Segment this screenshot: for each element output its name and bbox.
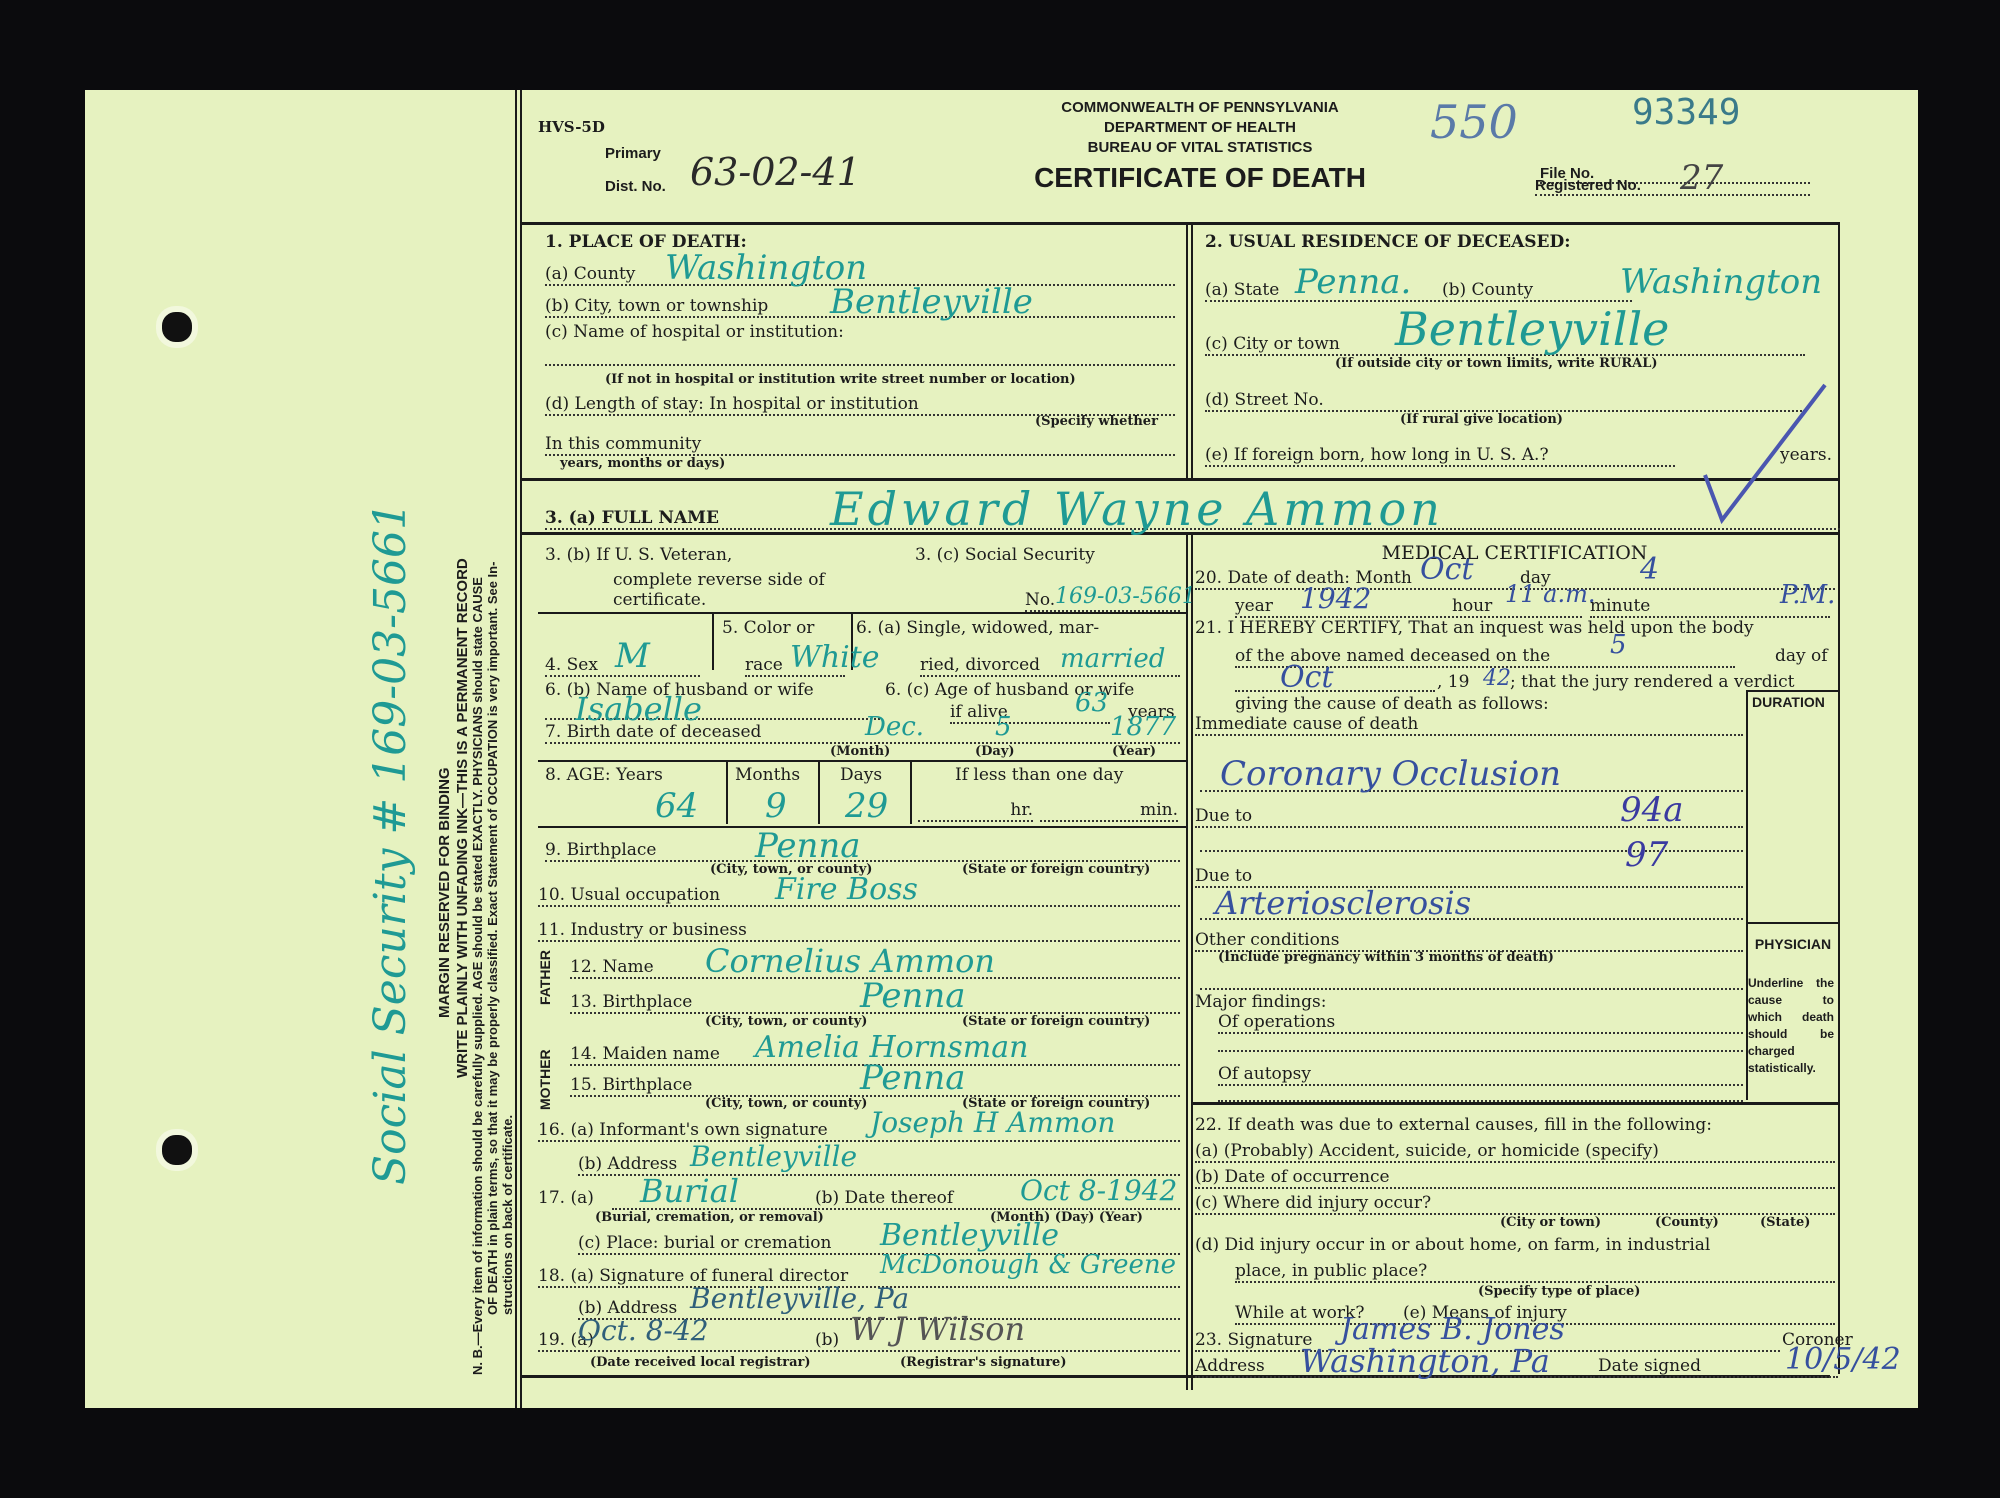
stay-label: (d) Length of stay: In hospital or insti…	[545, 394, 1175, 416]
color-label: 5. Color or	[722, 618, 814, 638]
birth-year-value: 1877	[1110, 712, 1176, 742]
due-to-2-value: Arteriosclerosis	[1215, 884, 1471, 922]
coroner-address-value: Washington, Pa	[1300, 1342, 1550, 1380]
primary-label: Primary	[605, 145, 661, 162]
c-note-state: (State)	[1760, 1215, 1810, 1230]
agency-line-3: BUREAU OF VITAL STATISTICS	[1000, 138, 1400, 158]
street-note: (If rural give location)	[1400, 412, 1563, 427]
state-note: (State or foreign country)	[962, 862, 1150, 877]
duration-label: DURATION	[1752, 694, 1825, 710]
age-months-value: 9	[765, 786, 787, 826]
divider	[818, 762, 820, 824]
margin-ink-notice: WRITE PLAINLY WITH UNFADING INK—THIS IS …	[454, 558, 471, 1078]
agency-block: COMMONWEALTH OF PENNSYLVANIA DEPARTMENT …	[1000, 98, 1400, 158]
birth-month-value: Dec.	[865, 712, 924, 742]
burial-place-value: Bentleyville	[880, 1218, 1059, 1253]
age-days-label: Days	[840, 765, 882, 785]
mother-birthplace-value: Penna	[860, 1058, 966, 1098]
divider	[1746, 690, 1838, 692]
divider	[520, 478, 1840, 481]
certify-line-1: 21. I HEREBY CERTIFY, That an inquest wa…	[1195, 618, 1754, 638]
hospital-line	[545, 364, 1175, 366]
certify-day-of: day of	[1775, 646, 1828, 666]
community-label: In this community	[545, 434, 1175, 456]
registrar-date-value: Oct. 8-42	[578, 1314, 709, 1347]
margin-nb-line1: N. B.—Every item of information should b…	[470, 577, 485, 1375]
hospital-label: (c) Name of hospital or institution:	[545, 322, 844, 342]
death-city-value: Bentleyville	[830, 282, 1033, 322]
occupation-value: Fire Boss	[775, 872, 918, 907]
certify-line-4: giving the cause of death as follows:	[1235, 694, 1549, 714]
external-c-label: (c) Where did injury occur?	[1195, 1193, 1835, 1215]
certify-19: , 19	[1437, 672, 1469, 692]
margin-nb-line3: structions on back of certificate.	[500, 1115, 515, 1315]
age-months-label: Months	[735, 765, 800, 785]
residence-city-note: (If outside city or town limits, write R…	[1335, 356, 1658, 371]
autopsy-label: Of autopsy	[1218, 1064, 1743, 1086]
other-conditions-line	[1200, 988, 1743, 990]
disposition-value: Burial	[640, 1172, 739, 1210]
registrar-sig-note: (Registrar's signature)	[900, 1355, 1066, 1370]
date-signed-value: 10/5/42	[1785, 1342, 1901, 1377]
father-birthplace-value: Penna	[860, 976, 966, 1016]
year-note: (Year)	[1112, 744, 1156, 759]
autopsy-line	[1218, 1100, 1743, 1102]
inquest-day: 5	[1610, 630, 1627, 660]
major-findings-label: Major findings:	[1195, 992, 1326, 1012]
divider	[538, 826, 1186, 828]
registered-no-value: 27	[1680, 158, 1723, 198]
birthplace-label: 9. Birthplace	[545, 840, 1180, 862]
registrar-date-note: (Date received local registrar)	[590, 1355, 811, 1370]
divider	[712, 614, 714, 670]
father-tag: FATHER	[537, 950, 553, 1005]
divider	[1838, 224, 1840, 1374]
margin-handwritten-ss: Social Security # 169-03-5661	[365, 502, 416, 1185]
birth-date-label: 7. Birth date of deceased	[545, 722, 1180, 744]
death-month-value: Oct	[1420, 552, 1473, 587]
divider	[1191, 535, 1193, 1390]
foreign-born-label: (e) If foreign born, how long in U. S. A…	[1205, 445, 1675, 467]
age-years-label: 8. AGE: Years	[545, 765, 663, 785]
father-name-value: Cornelius Ammon	[705, 942, 995, 980]
birthplace-value: Penna	[755, 826, 861, 866]
mother-tag: MOTHER	[537, 1049, 553, 1110]
divider	[1192, 1102, 1838, 1105]
ss-label: 3. (c) Social Security	[915, 545, 1095, 565]
min-label: min.	[1040, 800, 1178, 822]
residence-heading: 2. USUAL RESIDENCE OF DECEASED:	[1205, 232, 1571, 252]
page-title: CERTIFICATE OF DEATH	[995, 162, 1405, 194]
other-conditions-note: (Include pregnancy within 3 months of de…	[1218, 950, 1554, 965]
punch-hole	[162, 312, 192, 342]
external-d-note: (Specify type of place)	[1478, 1284, 1640, 1299]
external-d-label-2: place, in public place?	[1235, 1261, 1835, 1283]
marital-label-1: 6. (a) Single, widowed, mar-	[856, 618, 1099, 638]
spouse-age-value: 63	[1075, 688, 1108, 718]
file-stamp-number: 93349	[1632, 92, 1740, 133]
form-border-left	[515, 90, 517, 1408]
death-day-value: 4	[1640, 552, 1659, 587]
community-note: years, months or days)	[560, 456, 725, 471]
physician-note: Underline the cause to which death shoul…	[1748, 975, 1834, 1077]
residence-state-value: Penna.	[1295, 262, 1411, 302]
disposition-label: 17. (a)	[538, 1188, 594, 1208]
marital-value: married	[1060, 644, 1165, 674]
hospital-note: (If not in hospital or institution write…	[605, 372, 1076, 387]
external-heading: 22. If death was due to external causes,…	[1195, 1115, 1712, 1135]
death-hour-value: 11 a.m.	[1505, 580, 1596, 608]
form-code: HVS-5D	[538, 118, 605, 136]
inquest-year: 42	[1483, 666, 1511, 691]
informant-address-value: Bentleyville	[690, 1140, 857, 1173]
divider	[1746, 922, 1838, 924]
external-b-label: (b) Date of occurrence	[1195, 1167, 1835, 1189]
ss-value: 169-03-5661	[1055, 584, 1196, 609]
inquest-month-line	[1235, 690, 1435, 692]
divider	[1186, 224, 1188, 478]
other-conditions-label: Other conditions	[1195, 930, 1743, 952]
operations-line	[1218, 1050, 1743, 1052]
residence-county-label: (b) County	[1442, 280, 1632, 302]
specify-note: (Specify whether	[1035, 414, 1158, 429]
veteran-label-3: certificate.	[613, 590, 706, 610]
dist-label: Dist. No.	[605, 178, 666, 195]
veteran-label-1: 3. (b) If U. S. Veteran,	[545, 545, 732, 565]
sex-value: M	[615, 636, 650, 676]
divider	[538, 612, 1186, 614]
residence-city-value: Bentleyville	[1395, 302, 1669, 356]
birth-day-value: 5	[995, 712, 1012, 742]
certify-verdict: ; that the jury rendered a verdict	[1510, 672, 1794, 692]
c-note-county: (County)	[1655, 1215, 1719, 1230]
checkmark-icon	[1700, 380, 1830, 530]
death-minute-value: P.M.	[1780, 580, 1835, 610]
punch-hole	[162, 1135, 192, 1165]
full-name-value: Edward Wayne Ammon	[830, 482, 1444, 536]
day-note: (Day)	[975, 744, 1015, 759]
hr-label: hr.	[918, 800, 1033, 822]
medical-heading: MEDICAL CERTIFICATION	[1192, 542, 1837, 564]
less-than-day-label: If less than one day	[955, 765, 1123, 785]
external-a-label: (a) (Probably) Accident, suicide, or hom…	[1195, 1141, 1835, 1163]
disposition-note: (Burial, cremation, or removal)	[595, 1210, 824, 1225]
immediate-cause-value: Coronary Occlusion	[1220, 754, 1561, 794]
c-note-city: (City or town)	[1500, 1215, 1601, 1230]
immediate-cause-label: Immediate cause of death	[1195, 714, 1743, 736]
dist-number: 63-02-41	[690, 150, 861, 194]
agency-line-2: DEPARTMENT OF HEALTH	[1000, 118, 1400, 138]
divider	[1191, 224, 1193, 478]
form-border-left-inner	[520, 90, 522, 1408]
pencil-note: 550	[1430, 95, 1518, 149]
city-note: (City, town, or county)	[705, 1096, 867, 1111]
agency-line-1: COMMONWEALTH OF PENNSYLVANIA	[1000, 98, 1400, 118]
age-years-value: 64	[655, 786, 698, 826]
city-note: (City, town, or county)	[705, 1014, 867, 1029]
funeral-director-value: McDonough & Greene	[880, 1250, 1176, 1280]
cause-code-1: 94a	[1620, 790, 1684, 830]
margin-nb-line2: OF DEATH in plain terms, so that it may …	[485, 562, 500, 1315]
registrar-b-label: (b)	[815, 1330, 839, 1350]
state-note: (State or foreign country)	[962, 1014, 1150, 1029]
physician-label: PHYSICIAN	[1750, 936, 1836, 952]
industry-label: 11. Industry or business	[538, 920, 1180, 942]
registered-no-label: Registered No.	[1535, 177, 1810, 196]
race-value: White	[790, 640, 880, 675]
divider	[1186, 535, 1188, 1390]
divider	[726, 762, 728, 824]
month-note: (Month)	[830, 744, 890, 759]
registrar-signature: W J Wilson	[850, 1310, 1025, 1348]
inquest-month: Oct	[1280, 660, 1333, 695]
death-year-value: 1942	[1300, 582, 1371, 615]
informant-value: Joseph H Ammon	[870, 1106, 1115, 1139]
disposition-date-value: Oct 8-1942	[1020, 1174, 1177, 1207]
operations-label: Of operations	[1218, 1012, 1743, 1034]
residence-county-value: Washington	[1620, 262, 1822, 302]
veteran-label-2: complete reverse side of	[613, 570, 825, 590]
external-d-label-1: (d) Did injury occur in or about home, o…	[1195, 1235, 1710, 1255]
age-days-value: 29	[845, 786, 888, 826]
divider	[520, 222, 1840, 225]
margin-binding-notice: MARGIN RESERVED FOR BINDING	[436, 767, 453, 1018]
divider	[538, 760, 1186, 762]
divider	[910, 762, 912, 824]
